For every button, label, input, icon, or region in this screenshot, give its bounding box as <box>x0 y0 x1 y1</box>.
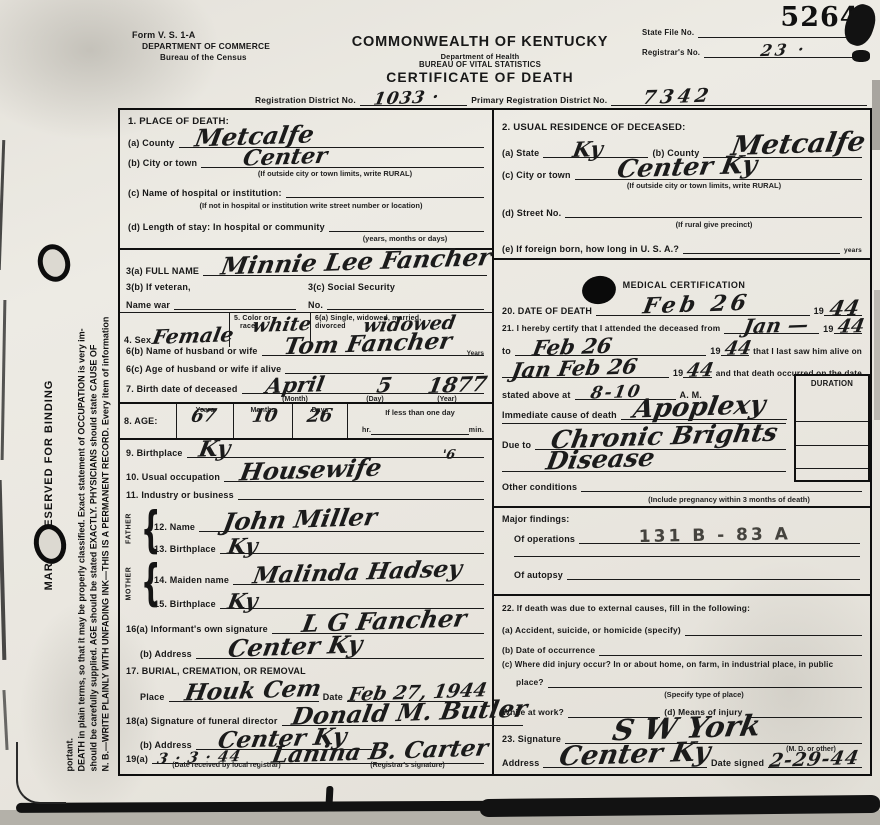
last-seen-label: that I last saw him alive on <box>749 347 862 356</box>
bureau-vital-statistics: BUREAU OF VITAL STATISTICS <box>330 61 630 70</box>
operations-value: 131 B - 83 A <box>579 526 791 547</box>
major-findings-label: Major findings: <box>502 514 570 524</box>
paper-corner-crease <box>16 742 66 804</box>
father-name-row: 12. Name John Miller <box>154 512 484 532</box>
immediate-cause-row: Immediate cause of death Apoplexy <box>502 400 787 420</box>
birth-date-row: 7. Birth date of deceased April 5 1877 <box>126 376 484 394</box>
age-years-cell: Years 67 <box>176 404 233 438</box>
occurrence-date-row: (b) Date of occurrence <box>502 642 862 656</box>
place-stay-hint: (years, months or days) <box>325 234 485 243</box>
spouse-line: Tom Fancher <box>262 335 484 356</box>
other-conditions-row: Other conditions <box>502 476 862 492</box>
injury-place-line <box>548 675 862 688</box>
age-cells: 8. AGE: Years 67 Months 10 Days 26 If le… <box>120 402 492 440</box>
autopsy-row: Of autopsy <box>514 566 860 580</box>
father-birthplace-label: 13. Birthplace <box>154 544 220 554</box>
duration-rule <box>796 468 868 469</box>
physician-address-line: Center Ky <box>543 747 707 768</box>
birthplace-value: Ky <box>187 438 232 461</box>
attended-to-row: to Feb 26 19 44 that I last saw him aliv… <box>502 340 862 356</box>
place-stay-row: (d) Length of stay: In hospital or commu… <box>128 216 484 232</box>
physician-address-row: Address Center Ky Date signed 2-29-44 <box>502 748 862 768</box>
occupation-line: Housewife '6 <box>224 461 484 482</box>
form-number: Form V. S. 1-A <box>132 30 195 40</box>
burial-title: 17. BURIAL, CREMATION, OR REMOVAL <box>126 666 306 676</box>
injury-place-label: place? <box>516 678 548 688</box>
immediate-cause-label: Immediate cause of death <box>502 410 621 420</box>
industry-row: 11. Industry or business <box>126 486 484 500</box>
margin-note-line: should be carefully supplied. AGE should… <box>88 117 100 772</box>
birth-date-label: 7. Birth date of deceased <box>126 384 242 394</box>
place-stay-label: (d) Length of stay: In hospital or commu… <box>128 222 329 232</box>
attended-to-year-value: 44 <box>721 339 753 359</box>
veteran-war-label: Name war <box>126 300 174 310</box>
residence-city-row: (c) City or town Center Ky <box>502 162 862 180</box>
right-edge-smudge <box>874 290 880 420</box>
physician-address-label: Address <box>502 758 543 768</box>
father-birthplace-line: Ky <box>220 537 484 554</box>
father-name-line: John Miller <box>199 511 484 532</box>
place-county-label: (a) County <box>128 138 179 148</box>
scan-corner-blot <box>852 50 870 62</box>
residence-street-line <box>565 201 862 218</box>
attended-from-year-line: 44 <box>834 317 862 334</box>
due-to-row-2: Disease <box>502 454 786 472</box>
registrar-no-value: 23 · <box>704 42 808 61</box>
attended-from-value: Jan — <box>724 314 810 337</box>
birth-month-value: April <box>242 373 326 397</box>
reg-district-value-line: 1033 · <box>360 87 467 106</box>
age-less-than-day-cell: If less than one day hr. min. <box>347 404 492 438</box>
accident-label: (a) Accident, suicide, or homicide (spec… <box>502 626 685 636</box>
residence-title: 2. USUAL RESIDENCE OF DECEASED: <box>502 122 686 133</box>
place-hospital-row: (c) Name of hospital or institution: <box>128 182 484 198</box>
ssn-no-label: No. <box>308 300 327 310</box>
operations-line: 131 B - 83 A <box>579 523 860 544</box>
scan-edge-band <box>480 795 880 817</box>
primary-district-label: Primary Registration District No. <box>467 96 611 106</box>
autopsy-line <box>567 565 860 580</box>
to-label: to <box>502 346 515 356</box>
residence-city-line: Center Ky <box>575 161 862 180</box>
date-signed-line: 2-29-44 <box>768 747 862 768</box>
residence-state-label: (a) State <box>502 148 543 158</box>
registrar-no-row: Registrar's No. 23 · <box>642 42 868 58</box>
right-edge-smudge <box>872 80 880 150</box>
bureau-of-census: Bureau of the Census <box>160 53 247 62</box>
father-birthplace-value: Ky <box>220 535 259 557</box>
section-divider <box>494 258 870 260</box>
veteran-war-line <box>174 295 296 310</box>
form-left-column: 1. PLACE OF DEATH: (a) County Metcalfe (… <box>120 110 494 774</box>
birth-month-line: April <box>242 375 337 394</box>
reg-district-label: Registration District No. <box>255 96 360 106</box>
veteran-war-row: Name war <box>126 296 296 310</box>
informant-address-row: (b) Address Center Ky <box>140 639 484 659</box>
min-label: min. <box>469 427 484 435</box>
full-name-row: 3(a) FULL NAME Minnie Lee Fancher <box>126 256 484 276</box>
scanned-death-certificate: portant. DEATH in plain terms, so that i… <box>0 0 880 825</box>
margin-note-nb: portant. DEATH in plain terms, so that i… <box>64 117 112 772</box>
margin-note-line: DEATH in plain terms, so that it may be … <box>76 117 88 772</box>
year-prefix: 19 <box>669 368 683 378</box>
accident-row: (a) Accident, suicide, or homicide (spec… <box>502 622 862 636</box>
date-signed-value: 2-29-44 <box>768 749 861 771</box>
mother-caption: MOTHER <box>126 561 133 607</box>
mother-name-row: 14. Maiden name Malinda Hadsey <box>154 565 484 585</box>
injury-place-hint: (Specify type of place) <box>594 690 814 699</box>
last-seen-value: Jan Feb 26 <box>502 355 639 381</box>
place-hospital-line <box>286 181 484 198</box>
residence-city-hint: (If outside city or town limits, write R… <box>584 181 824 190</box>
residence-foreign-row: (e) If foreign born, how long in U. S. A… <box>502 238 862 254</box>
section-divider <box>494 506 870 508</box>
other-conditions-label: Other conditions <box>502 482 581 492</box>
industry-line <box>238 485 484 500</box>
date-of-death-value: Feb 26 <box>596 292 752 319</box>
due-to-value-2: Disease <box>502 445 657 475</box>
place-city-row: (b) City or town Center <box>128 152 484 168</box>
place-city-value: Center <box>201 145 329 171</box>
place-county-line: Metcalfe <box>179 129 485 148</box>
funeral-director-line: Donald M. Butler <box>282 703 523 726</box>
mother-name-label: 14. Maiden name <box>154 575 233 585</box>
means-of-injury-line <box>747 703 862 718</box>
attended-to-year-line: 44 <box>721 339 749 356</box>
residence-street-row: (d) Street No. <box>502 202 862 218</box>
registrar-no-value-line: 23 · <box>704 41 868 58</box>
duration-rule <box>796 421 868 422</box>
margin-note-line: N. B.—WRITE PLAINLY WITH UNFADING INK—TH… <box>100 117 112 772</box>
state-file-row: State File No. <box>642 24 868 38</box>
external-causes-title: 22. If death was due to external causes,… <box>502 604 750 614</box>
date-signed-label: Date signed <box>707 758 768 768</box>
spouse-age-label: 6(c) Age of husband or wife if alive <box>126 364 285 374</box>
age-days-value: 26 <box>303 407 334 440</box>
full-name-value: Minnie Lee Fancher <box>203 245 493 279</box>
occurrence-date-label: (b) Date of occurrence <box>502 646 599 656</box>
informant-address-line: Center Ky <box>196 638 484 659</box>
certificate-form: 1. PLACE OF DEATH: (a) County Metcalfe (… <box>118 108 872 776</box>
residence-city-value: Center Ky <box>575 152 759 183</box>
state-file-blank <box>698 23 868 38</box>
place-city-hint: (If outside city or town limits, write R… <box>200 169 470 178</box>
occupation-row: 10. Usual occupation Housewife '6 <box>126 462 484 482</box>
spouse-row: 6(b) Name of husband or wife Tom Fancher <box>126 336 484 356</box>
age-months-cell: Months 10 <box>233 404 292 438</box>
birth-day-line: 5 <box>337 375 396 394</box>
while-at-work-label: While at work? <box>502 708 568 718</box>
date-of-death-label: 20. DATE OF DEATH <box>502 306 596 316</box>
duration-label: DURATION <box>796 380 868 389</box>
age-years-value: 67 <box>187 407 218 440</box>
primary-district-value: 7342 <box>611 87 714 109</box>
birthplace-label: 9. Birthplace <box>126 448 187 458</box>
autopsy-label: Of autopsy <box>514 570 567 580</box>
spouse-age-suffix: Years <box>467 350 484 357</box>
ssn-line <box>327 295 484 310</box>
ssn-row: No. <box>308 296 484 310</box>
occupation-label: 10. Usual occupation <box>126 472 224 482</box>
funeral-director-label: 18(a) Signature of funeral director <box>126 716 282 726</box>
state-file-label: State File No. <box>642 29 698 38</box>
informant-address-label: (b) Address <box>140 649 196 659</box>
birth-year-line: 1877 <box>396 375 484 394</box>
blank-rule <box>514 556 860 557</box>
birth-day-value: 5 <box>337 374 394 397</box>
residence-street-label: (d) Street No. <box>502 208 565 218</box>
father-caption: FATHER <box>126 506 133 552</box>
hr-min-row: hr. min. <box>362 423 484 435</box>
form-right-column: 2. USUAL RESIDENCE OF DECEASED: (a) Stat… <box>494 110 870 774</box>
registration-district-row: Registration District No. 1033 · Primary… <box>255 88 867 106</box>
year-prefix: 19 <box>706 346 720 356</box>
residence-foreign-label: (e) If foreign born, how long in U. S. A… <box>502 244 683 254</box>
age-days-cell: Days 26 <box>292 404 347 438</box>
industry-label: 11. Industry or business <box>126 490 238 500</box>
year-prefix: 19 <box>819 324 833 334</box>
injury-place-row: place? <box>516 676 862 688</box>
occurrence-date-line <box>599 641 862 656</box>
other-conditions-hint: (Include pregnancy within 3 months of de… <box>604 495 854 504</box>
place-hospital-hint: (If not in hospital or institution write… <box>146 201 476 210</box>
reg-district-value: 1033 · <box>360 89 441 109</box>
spouse-label: 6(b) Name of husband or wife <box>126 346 262 356</box>
margin-note-line: portant. <box>64 117 76 772</box>
birth-year-value: 1877 <box>396 373 489 397</box>
year-prefix: 19 <box>810 306 824 316</box>
margin-note-binding: MARGIN RESERVED FOR BINDING <box>43 325 57 645</box>
physician-address-value: Center Ky <box>543 738 712 771</box>
funeral-director-row: 18(a) Signature of funeral director Dona… <box>126 704 484 726</box>
operations-label: Of operations <box>514 534 579 544</box>
spouse-value: Tom Fancher <box>262 330 454 359</box>
scan-edge-tick <box>325 786 333 806</box>
accident-line <box>685 621 862 636</box>
last-seen-year-line: 44 <box>683 361 711 378</box>
place-city-line: Center <box>201 151 484 168</box>
father-birthplace-row: 13. Birthplace Ky <box>154 538 484 554</box>
mother-birthplace-label: 15. Birthplace <box>154 599 220 609</box>
due-to-line-2: Disease <box>502 453 786 472</box>
commonwealth-title: COMMONWEALTH OF KENTUCKY <box>330 34 630 51</box>
full-name-label: 3(a) FULL NAME <box>126 266 203 276</box>
hr-line <box>371 422 469 435</box>
other-conditions-line <box>581 475 862 492</box>
occupation-value: Housewife <box>224 456 384 485</box>
hr-label: hr. <box>362 427 371 435</box>
age-months-value: 10 <box>248 407 279 440</box>
residence-foreign-line <box>683 237 840 254</box>
primary-district-value-line: 7342 <box>611 87 867 106</box>
section-divider <box>494 594 870 596</box>
marital-label2: divorced <box>315 323 346 331</box>
injury-where-label: (c) Where did injury occur? In or about … <box>502 660 833 669</box>
veteran-label: 3(b) If veteran, <box>126 282 191 292</box>
date-of-death-year-line: 44 <box>824 295 862 316</box>
place-hospital-label: (c) Name of hospital or institution: <box>128 188 286 198</box>
age-label: 8. AGE: <box>124 416 158 426</box>
burial-place-label: Place <box>140 692 169 702</box>
place-stay-line <box>329 215 484 232</box>
stated-label: stated above at <box>502 390 575 400</box>
attended-from-year-value: 44 <box>834 317 866 337</box>
mother-name-line: Malinda Hadsey <box>233 564 484 585</box>
operations-row: Of operations 131 B - 83 A <box>514 524 860 544</box>
duration-box: DURATION <box>794 374 870 482</box>
attended-from-line: Jan — <box>724 317 819 334</box>
less-than-day-label: If less than one day <box>348 408 492 417</box>
last-seen-line: Jan Feb 26 <box>502 361 669 378</box>
certificate-title: CERTIFICATE OF DEATH <box>330 70 630 86</box>
last-seen-year-value: 44 <box>683 361 715 381</box>
informant-address-value: Center Ky <box>196 632 364 662</box>
occupation-mark: '6 <box>441 449 456 462</box>
full-name-line: Minnie Lee Fancher <box>203 255 487 276</box>
age-label-cell: 8. AGE: <box>120 404 176 438</box>
duration-rule <box>796 445 868 446</box>
place-city-label: (b) City or town <box>128 158 201 168</box>
registrar-signature-caption: (Registrar's signature) <box>335 762 480 769</box>
attended-from-row: 21. I hereby certify that I attended the… <box>502 318 862 334</box>
mother-name-value: Malinda Hadsey <box>233 557 464 588</box>
father-name-label: 12. Name <box>154 522 199 532</box>
ssn-label: 3(c) Social Security <box>308 282 395 292</box>
father-name-value: John Miller <box>199 505 379 535</box>
residence-foreign-suffix: years <box>840 247 862 254</box>
physician-signature-label: 23. Signature <box>502 734 565 744</box>
registrar-no-label: Registrar's No. <box>642 49 704 58</box>
mother-birthplace-value: Ky <box>220 590 259 612</box>
residence-city-label: (c) City or town <box>502 170 575 180</box>
residence-street-hint: (If rural give precinct) <box>614 220 814 229</box>
immediate-cause-line: Apoplexy <box>621 399 787 420</box>
department-of-commerce: DEPARTMENT OF COMMERCE <box>142 42 270 52</box>
received-caption: (Date received by local registrar) <box>134 762 319 769</box>
burial-place-line: Houk Cem <box>169 681 319 702</box>
